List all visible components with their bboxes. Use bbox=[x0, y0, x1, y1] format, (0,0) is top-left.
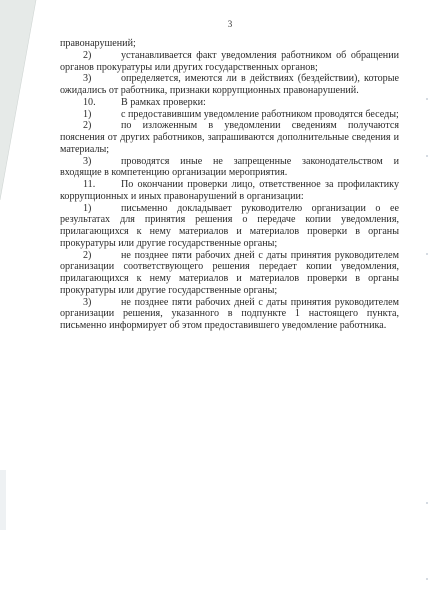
section-item: 11.По окончании проверки лицо, ответстве… bbox=[60, 179, 399, 203]
item-number: 1) bbox=[83, 109, 121, 121]
item-number: 2) bbox=[83, 250, 121, 262]
list-item: 2)по изложенным в уведомлении сведениям … bbox=[60, 120, 399, 155]
section-number: 10. bbox=[83, 97, 121, 109]
list-item: 1)с предоставившим уведомление работнико… bbox=[60, 109, 399, 121]
document-body: правонарушений; 2)устанавливается факт у… bbox=[60, 38, 399, 332]
item-number: 3) bbox=[83, 73, 121, 85]
item-number: 3) bbox=[83, 156, 121, 168]
paragraph-continuation: правонарушений; bbox=[60, 38, 399, 50]
section-item: 10.В рамках проверки: bbox=[60, 97, 399, 109]
list-item: 1)письменно докладывает руководителю орг… bbox=[60, 203, 399, 250]
scan-speck bbox=[426, 253, 428, 255]
item-number: 1) bbox=[83, 203, 121, 215]
item-number: 3) bbox=[83, 297, 121, 309]
scan-speck bbox=[426, 155, 428, 157]
list-item: 3)определяется, имеются ли в действиях (… bbox=[60, 73, 399, 97]
list-item: 3)проводятся иные не запрещенные законод… bbox=[60, 156, 399, 180]
list-item: 2)не позднее пяти рабочих дней с даты пр… bbox=[60, 250, 399, 297]
scan-speck bbox=[426, 98, 428, 100]
page-number: 3 bbox=[226, 19, 234, 29]
item-number: 2) bbox=[83, 50, 121, 62]
paragraph-text: с предоставившим уведомление работником … bbox=[121, 109, 399, 120]
paragraph-text: правонарушений; bbox=[60, 38, 136, 49]
scan-fold-shadow bbox=[0, 0, 40, 600]
item-number: 2) bbox=[83, 120, 121, 132]
paragraph-text: В рамках проверки: bbox=[121, 97, 206, 108]
list-item: 2)устанавливается факт уведомления работ… bbox=[60, 50, 399, 74]
scan-speck bbox=[426, 502, 428, 504]
list-item: 3)не позднее пяти рабочих дней с даты пр… bbox=[60, 297, 399, 332]
scan-speck bbox=[426, 578, 428, 580]
section-number: 11. bbox=[83, 179, 121, 191]
